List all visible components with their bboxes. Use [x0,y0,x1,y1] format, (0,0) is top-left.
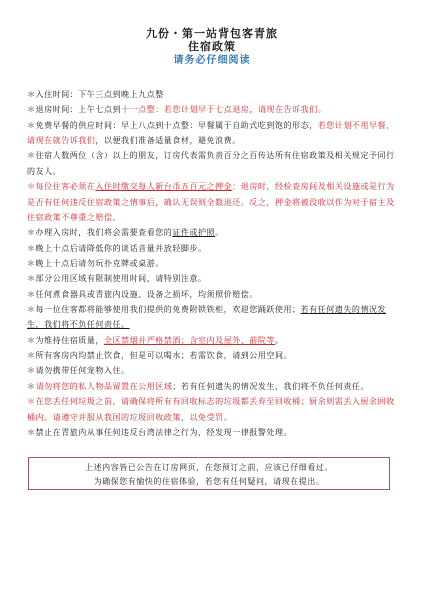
policy-text: 请勿将您的私人物品留置在公用区域 [36,382,173,391]
emphasized-text: 生，我们将不负任何责任。 [27,320,130,329]
notice-box: 上述内容皆已公告在订房网页，在您预订之前，应该已仔细看过。 为确保您有愉快的住宿… [28,457,390,490]
policy-text: ＊在您丢任何垃圾之前，请确保将所有有回收标志的垃圾都丢弃至回收桶；厨余则需丢入厨… [27,397,395,406]
policy-line: ＊请勿将您的私人物品留置在公用区域；若有任何遗失的情况发生，我们将不负任何责任。 [27,379,369,394]
policy-line: ＊任何煮食器具或青旅内设施、设备之损坏，均须照价赔偿。 [27,287,258,302]
policy-line: ＊入住时间：下午三点到晚上九点整 [27,87,164,102]
policy-line: ＊办理入房时，我们将会需要查看您的证件或护照。 [27,225,224,240]
emphasized-text: 若有任何遗失的情况发 [301,305,387,314]
policy-text: 若您计划不用早餐， [318,121,395,130]
emphasized-text: 证件或护照 [172,228,215,237]
policy-line: ＊住宿人数两位（含）以上的朋友，订房代表需负责百分之百传达所有住宿政策及相关规定… [27,148,395,163]
emphasized-text: 入住时缴交每人新台币五百元之押金 [95,182,232,191]
policy-text: ＊请勿携带任何宠物入住。 [27,366,130,375]
policy-text: ＊每位住客必须在 [27,182,95,191]
policy-line: ＊为维持住宿质量，全区禁烟并严格禁酒；含室内及屋外、前院等。 [27,333,284,348]
policy-text: ＊部分公用区域有限制使用时间，请特别注意。 [27,274,207,283]
policy-line: ＊在您丢任何垃圾之前，请确保将所有有回收标志的垃圾都丢弃至回收桶；厨余则需丢入厨… [27,394,395,409]
policy-text: ＊每一位住客都将能够使用我们提供的免费附锁铁柜，欢迎您踊跃使用； [27,305,301,314]
policy-text: ＊晚上十点后请勿玩扑克牌或桌游。 [27,259,164,268]
policy-line: ＊所有客房内均禁止饮食，但是可以喝水；若需饮食，请到公用空间。 [27,348,292,363]
policy-line: ＊部分公用区域有限制使用时间，请特别注意。 [27,271,207,286]
policy-text: 。 [215,228,224,237]
notice-line-2: 为确保您有愉快的住宿体验，若您有任何疑问，请现在提出。 [29,476,389,487]
policy-line: ＊请勿携带任何宠物入住。 [27,363,130,378]
policy-line: 生，我们将不负任何责任。 [27,317,130,332]
policy-text: ＊退房时间：上午七点到 [27,105,121,114]
policy-line: ＊禁止在青旅内从事任何违反台湾法律之行为，经发现一律报警处理。 [27,425,292,440]
policy-text: ；若有任何遗失的情况发生，我们将不负任何责任。 [172,382,369,391]
policy-text: 请现在就告诉我们 [27,136,95,145]
policy-text: 的友人。 [27,167,61,176]
policy-line: 的友人。 [27,164,61,179]
policy-line: 请现在就告诉我们，以便我们准备适量食材，避免浪费。 [27,133,241,148]
policy-text: 是否有任何违反住宿政策之情事后，确认无误则全数退还。反之，押金将被没收以作为对于… [27,198,395,207]
notice-line-1: 上述内容皆已公告在订房网页，在您预订之前，应该已仔细看过。 [29,462,389,473]
policy-text: ：退房时，经检查房间及相关设施或是行为 [232,182,394,191]
policy-text: ＊禁止在青旅内从事任何违反台湾法律之行为，经发现一律报警处理。 [27,428,292,437]
policy-text: ＊所有客房内均禁止饮食，但是可以喝水；若需饮食，请到公用空间。 [27,351,292,360]
policy-text: ＊为维持住宿质量， [27,336,104,345]
policy-line: ＊退房时间：上午七点到十一点整：若您计划早于七点退房，请现在告诉我们。 [27,102,326,117]
policy-line: 住宿政策不尊重之赔偿。 [27,210,121,225]
policy-text: ＊晚上十点后请降低你的谈话音量并放轻脚步。 [27,244,207,253]
policy-text: ，以便我们准备适量食材，避免浪费。 [95,136,240,145]
policy-text: ＊住宿人数两位（含）以上的朋友，订房代表需负责百分之百传达所有住宿政策及相关规定… [27,151,395,160]
policy-text: ＊任何煮食器具或青旅内设施、设备之损坏，均须照价赔偿。 [27,290,258,299]
read-carefully-notice: 请务必仔细阅读 [0,51,424,66]
policy-line: ＊免费早餐的供应时间：早上八点到十点整：早餐属于自助式吃到饱的形态，若您计划不用… [27,118,395,133]
policy-text: ＊办理入房时，我们将会需要查看您的 [27,228,172,237]
policy-line: ＊晚上十点后请勿玩扑克牌或桌游。 [27,256,164,271]
policy-text: 十一点整：若您计划早于七点退房，请现在告诉我们。 [121,105,326,114]
emphasized-text: 全区禁烟并严格禁酒；含室内及屋外、前院等 [104,336,275,345]
policy-line: ＊每一位住客都将能够使用我们提供的免费附锁铁柜，欢迎您踊跃使用；若有任何遗失的情… [27,302,386,317]
policy-line: ＊晚上十点后请降低你的谈话音量并放轻脚步。 [27,241,207,256]
policy-text: 住宿政策不尊重之赔偿。 [27,213,121,222]
policy-text: ＊免费早餐的供应时间：早上八点到十点整：早餐属于自助式吃到饱的形态， [27,121,318,130]
policy-text: ＊入住时间：下午三点到晚上九点整 [27,90,164,99]
policy-text: 桶内。请遵守并服从我国的垃圾回收政策，以免受罚。 [27,413,232,422]
policy-text: ＊ [27,382,36,391]
policy-line: 是否有任何违反住宿政策之情事后，确认无误则全数退还。反之，押金将被没收以作为对于… [27,195,395,210]
policy-line: 桶内。请遵守并服从我国的垃圾回收政策，以免受罚。 [27,410,232,425]
policy-text: 。 [275,336,284,345]
policy-line: ＊每位住客必须在入住时缴交每人新台币五百元之押金：退房时，经检查房间及相关设施或… [27,179,395,194]
